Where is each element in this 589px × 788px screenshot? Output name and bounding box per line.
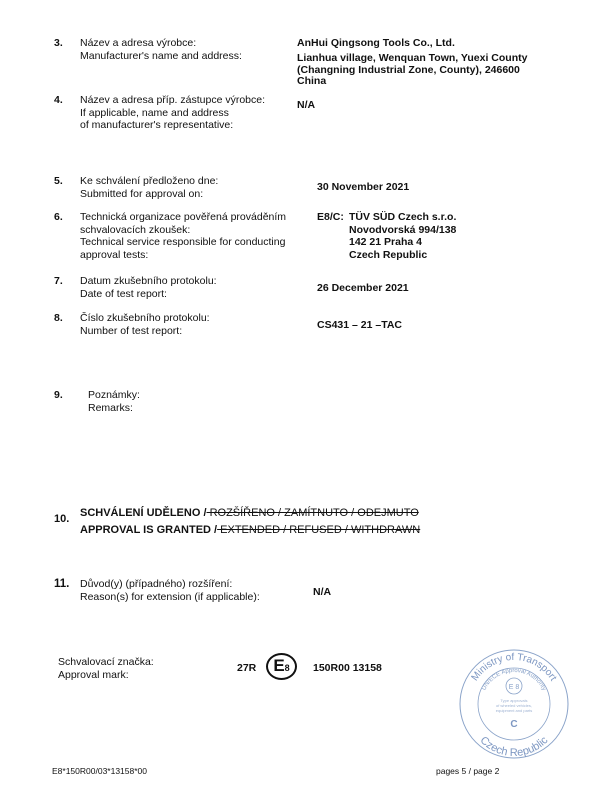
decision-en-granted: APPROVAL IS GRANTED / [80,524,217,536]
decision-cz: SCHVÁLENÍ UDĚLENO / ROZŠÍŘENO / ZAMÍTNUT… [80,505,420,522]
label-cz: Název a adresa příp. zástupce výrobce: [80,94,265,107]
label-en: Date of test report: [80,288,217,301]
e-mark-number: 8 [285,663,290,673]
e-mark-letter: E [273,656,284,675]
item-8-label: Číslo zkušebního protokolu: Number of te… [80,312,210,337]
approval-mark-number: 150R00 13158 [313,662,382,675]
item-7-number: 7. [54,275,63,288]
svg-text:C: C [510,719,517,730]
item-6-label: Technická organizace pověřená prováděním… [80,211,286,261]
page-indicator: pages 5 / page 2 [436,765,499,778]
test-report-number: CS431 – 21 –TAC [317,319,402,332]
label-en: approval tests: [80,249,286,262]
manufacturer-address: Lianhua village, Wenquan Town, Yuexi Cou… [297,53,527,88]
submitted-date: 30 November 2021 [317,181,409,194]
address-line: (Changning Industrial Zone, County), 246… [297,65,527,77]
item-4-label: Název a adresa příp. zástupce výrobce: I… [80,94,265,132]
decision-en: APPROVAL IS GRANTED / EXTENDED / REFUSED… [80,522,420,539]
label-cz: Název a adresa výrobce: [80,37,242,50]
approval-mark-label: Schvalovací značka: Approval mark: [58,656,154,681]
label-en: Technical service responsible for conduc… [80,236,286,249]
label-cz: Poznámky: [88,389,140,402]
label-cz: Schvalovací značka: [58,656,154,669]
label-cz: Důvod(y) (případného) rozšíření: [80,578,260,591]
document-reference: E8*150R00/03*13158*00 [52,765,147,778]
extension-reason-value: N/A [313,586,331,599]
service-line: Novodvorská 994/138 [349,224,456,237]
approval-mark-prefix: 27R [237,662,256,675]
item-11-label: Důvod(y) (případného) rozšíření: Reason(… [80,578,260,603]
service-line: 142 21 Praha 4 [349,236,456,249]
decision-en-struck: EXTENDED / REFUSED / WITHDRAWN [217,524,420,536]
address-line: Lianhua village, Wenquan Town, Yuexi Cou… [297,53,527,65]
item-3-label: Název a adresa výrobce: Manufacturer's n… [80,37,242,62]
label-cz: schvalovacích zkoušek: [80,224,286,237]
label-en: Reason(s) for extension (if applicable): [80,591,260,604]
decision-cz-granted: SCHVÁLENÍ UDĚLENO / [80,507,207,519]
service-line: Czech Republic [349,249,456,262]
label-cz: Technická organizace pověřená prováděním [80,211,286,224]
label-cz: Datum zkušebního protokolu: [80,275,217,288]
representative-value: N/A [297,99,315,112]
test-report-date: 26 December 2021 [317,282,409,295]
approval-decision: SCHVÁLENÍ UDĚLENO / ROZŠÍŘENO / ZAMÍTNUT… [80,505,420,539]
label-en: of manufacturer's representative: [80,119,265,132]
label-en: Remarks: [88,402,140,415]
address-line: China [297,76,527,88]
service-line: TÜV SÜD Czech s.r.o. [349,211,456,224]
item-9-number: 9. [54,389,63,402]
label-en: Approval mark: [58,669,154,682]
svg-text:equipment and parts: equipment and parts [496,708,532,713]
label-en: Submitted for approval on: [80,188,218,201]
item-9-label: Poznámky: Remarks: [88,389,140,414]
label-cz: Ke schválení předloženo dne: [80,175,218,188]
item-11-number: 11. [54,578,69,591]
svg-text:Czech Republic: Czech Republic [478,734,551,759]
e-mark-circle-icon: E8 [266,653,297,680]
label-en: Manufacturer's name and address: [80,50,242,63]
item-8-number: 8. [54,312,63,325]
item-6-number: 6. [54,211,63,224]
item-5-number: 5. [54,175,63,188]
item-3-number: 3. [54,37,63,50]
item-5-label: Ke schválení předloženo dne: Submitted f… [80,175,218,200]
ministry-stamp-icon: Ministry of Transport UN/ECE Approval Au… [458,648,570,760]
item-7-label: Datum zkušebního protokolu: Date of test… [80,275,217,300]
technical-service-address: TÜV SÜD Czech s.r.o. Novodvorská 994/138… [349,211,456,261]
label-cz: Číslo zkušebního protokolu: [80,312,210,325]
label-en: Number of test report: [80,325,210,338]
manufacturer-name: AnHui Qingsong Tools Co., Ltd. [297,37,455,50]
item-4-number: 4. [54,94,63,107]
decision-cz-struck: ROZŠÍŘENO / ZAMÍTNUTO / ODEJMUTO [207,507,419,519]
svg-text:E 8: E 8 [509,684,520,691]
technical-service-code: E8/C: [317,211,344,224]
label-en: If applicable, name and address [80,107,265,120]
item-10-number: 10. [54,511,69,528]
